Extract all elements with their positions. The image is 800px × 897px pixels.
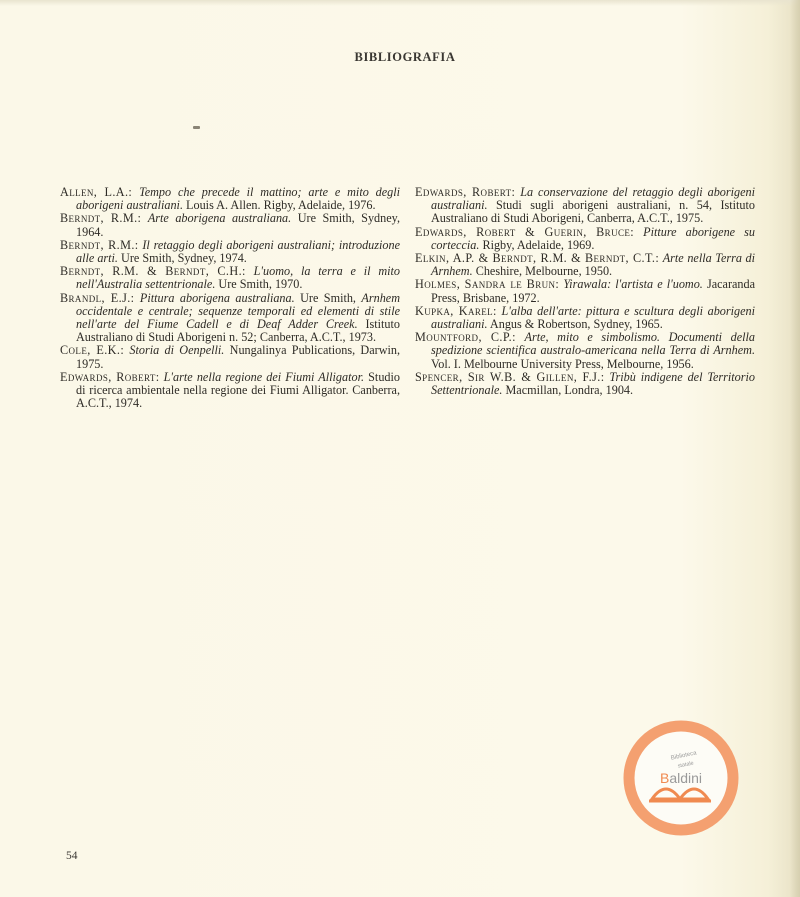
entry-details: Vol. I. Melbourne University Press, Melb… — [431, 357, 694, 371]
entry-details: Louis A. Allen. Rigby, Adelaide, 1976. — [186, 198, 375, 212]
entry-details: Ure Smith, 1970. — [218, 277, 302, 291]
bibliography-entry: Berndt, R.M. & Berndt, C.H.: L'uomo, la … — [60, 265, 400, 291]
bibliography-entry: Holmes, Sandra le Brun: Yirawala: l'arti… — [415, 278, 755, 304]
entry-details: Cheshire, Melbourne, 1950. — [476, 264, 612, 278]
entry-author: Brandl, E.J.: — [60, 291, 134, 305]
stamp-name: Baldini — [660, 770, 702, 786]
bibliography-entry: Spencer, Sir W.B. & Gillen, F.J.: Tribù … — [415, 371, 755, 397]
bibliography-entry: Brandl, E.J.: Pittura aborigena australi… — [60, 292, 400, 345]
entry-title: Yirawala: l'artista e l'uomo. — [563, 277, 703, 291]
bibliography-entry: Edwards, Robert & Guerin, Bruce: Pitture… — [415, 226, 755, 252]
page-top-shadow — [0, 0, 800, 6]
page-title: BIBLIOGRAFIA — [0, 50, 800, 65]
bibliography-left-column: Allen, L.A.: Tempo che precede il mattin… — [60, 186, 400, 410]
entry-details: Rigby, Adelaide, 1969. — [482, 238, 594, 252]
entry-author: Kupka, Karel: — [415, 304, 497, 318]
library-stamp-logo: Biblioteca statale Baldini — [622, 719, 740, 837]
entry-author: Berndt, R.M. & Berndt, C.H.: — [60, 264, 246, 278]
bibliography-entry: Mountford, C.P.: Arte, mito e simbolismo… — [415, 331, 755, 371]
bibliography-entry: Elkin, A.P. & Berndt, R.M. & Berndt, C.T… — [415, 252, 755, 278]
bibliography-entry: Berndt, R.M.: Il retaggio degli aborigen… — [60, 239, 400, 265]
bibliography-entry: Berndt, R.M.: Arte aborigena australiana… — [60, 212, 400, 238]
entry-details: Nungalinya Publications, Darwin, 1975. — [76, 343, 400, 370]
entry-details: Angus & Robertson, Sydney, 1965. — [490, 317, 663, 331]
entry-author: Holmes, Sandra le Brun: — [415, 277, 559, 291]
entry-author: Allen, L.A.: — [60, 185, 132, 199]
entry-author: Mountford, C.P.: — [415, 330, 516, 344]
entry-author: Berndt, R.M.: — [60, 211, 141, 225]
entry-details: Ure Smith, — [300, 291, 356, 305]
page-number: 54 — [66, 850, 78, 862]
entry-author: Berndt, R.M.: — [60, 238, 139, 252]
entry-title: Storia di Oenpelli. — [129, 343, 224, 357]
bibliography-entry: Kupka, Karel: L'alba dell'arte: pittura … — [415, 305, 755, 331]
entry-title: Pittura aborigena australiana. — [140, 291, 295, 305]
page-gutter-shadow — [790, 0, 800, 897]
bibliography-entry: Cole, E.K.: Storia di Oenpelli. Nungalin… — [60, 344, 400, 370]
entry-author: Edwards, Robert: — [415, 185, 515, 199]
entry-details: Ure Smith, Sydney, 1974. — [121, 251, 247, 265]
bibliography-entry: Edwards, Robert: L'arte nella regione de… — [60, 371, 400, 411]
entry-author: Cole, E.K.: — [60, 343, 124, 357]
entry-author: Edwards, Robert: — [60, 370, 160, 384]
entry-author: Elkin, A.P. & Berndt, R.M. & Berndt, C.T… — [415, 251, 659, 265]
baldini-logo-icon: Biblioteca statale Baldini — [622, 719, 740, 837]
entry-author: Edwards, Robert & Guerin, Bruce: — [415, 225, 634, 239]
print-mark — [193, 126, 200, 129]
entry-title: Arte aborigena australiana. — [148, 211, 291, 225]
entry-author: Spencer, Sir W.B. & Gillen, F.J.: — [415, 370, 605, 384]
bibliography-entry: Edwards, Robert: La conservazione del re… — [415, 186, 755, 226]
bibliography-entry: Allen, L.A.: Tempo che precede il mattin… — [60, 186, 400, 212]
entry-title: L'arte nella regione dei Fiumi Alligator… — [164, 370, 364, 384]
entry-details: Macmillan, Londra, 1904. — [505, 383, 633, 397]
book-page: BIBLIOGRAFIA Allen, L.A.: Tempo che prec… — [0, 0, 800, 897]
bibliography-right-column: Edwards, Robert: La conservazione del re… — [415, 186, 755, 397]
